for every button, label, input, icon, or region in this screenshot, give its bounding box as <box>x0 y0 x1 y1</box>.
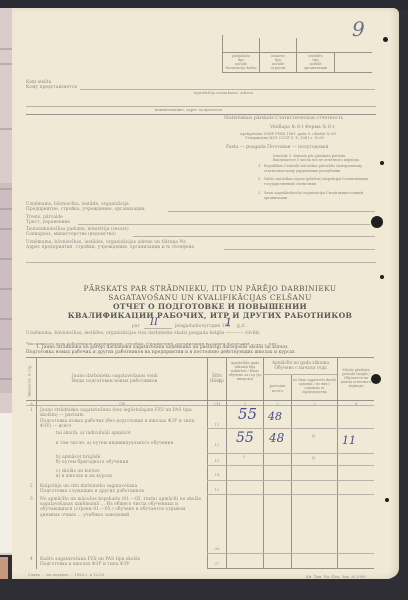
recipient-1: Republikas Centrālā statistikas pārvalde… <box>264 164 374 174</box>
row-1a-col4: 11 <box>342 434 356 447</box>
recipient-2: Valsts statistikas rajona (pilsētas) ins… <box>264 177 374 187</box>
row-1-num: 1 <box>30 408 33 413</box>
row-1a-col2: 48 <box>269 431 284 445</box>
stat-report-label: Statistiskais pārskats Статистическая от… <box>224 117 343 122</box>
recipient-1-num: 1. <box>258 164 261 169</box>
row-divider <box>207 494 374 495</box>
table-col-1-left <box>226 357 227 569</box>
row-divider <box>207 553 374 554</box>
recipient-line <box>80 89 375 90</box>
scanner-edge <box>0 557 8 579</box>
punch-hole-middle <box>371 216 383 228</box>
row-4-num: 4 <box>30 557 33 562</box>
row-divider <box>207 480 374 481</box>
index-4: 4 <box>338 401 374 406</box>
row-1-col1: 55 <box>238 405 257 423</box>
row-1c-code: 14 <box>208 472 226 477</box>
row-1-code: 11 <box>208 422 226 427</box>
row-3-code: 06 <box>208 546 226 551</box>
row-divider <box>207 465 374 466</box>
headcount-line-lv: Uzņēmuma, būvniecības, iestādes, organiz… <box>26 331 260 336</box>
row-divider <box>207 428 374 429</box>
approved-ru: Утверждена ЦСУ СССР 5. X. 1961 г. № 89 <box>245 136 324 141</box>
header-col1: Apmācībās gada sākumā bija nokārtoti / Б… <box>227 361 263 381</box>
recipient-3-num: 3. <box>258 191 261 196</box>
index-3: 3 <box>292 401 337 406</box>
row-1-col2: 48 <box>268 410 282 423</box>
org-field-3-ru: Совнархоз, министерство (ведомство) <box>26 232 116 237</box>
punch-hole-top <box>383 37 388 42</box>
row-1b-text-ru: б) путем бригадного обучения <box>56 460 128 465</box>
title-lv-line1: PĀRSKATS PAR STRĀDNIEKU, ITD UN PĀRĒJO D… <box>40 284 380 293</box>
org-field-4-ru: Адрес предприятия, стройки, учреждения, … <box>26 245 194 250</box>
row-1a-code: 12 <box>208 442 226 447</box>
org-field-1-line <box>168 211 375 212</box>
mail-schedule: Pasta — pusgada Почтовая — полугодовая <box>226 146 328 151</box>
header-col-group: Apmācīts no gada sākuma Обучено с начала… <box>264 361 337 371</box>
index-a: A <box>27 401 36 406</box>
header-code: Šifrs Шифр <box>208 374 226 384</box>
table-col-4-left <box>337 357 338 569</box>
code-box-2-label: nozares tips norāde отрасли <box>260 54 296 70</box>
row-2-num: 2 <box>30 484 33 489</box>
punch-hole-upper-mid <box>380 161 384 165</box>
title-ru-line2: КВАЛИФИКАЦИИ РАБОЧИХ, ИТР И ДРУГИХ РАБОТ… <box>40 311 380 320</box>
punch-hole-low <box>385 498 389 502</box>
header-col2: pavisam всего <box>264 384 291 393</box>
recipient-2-num: 2. <box>258 177 261 182</box>
row-4-code: 07 <box>208 561 226 566</box>
row-1a-text-ru: в том числе: а) путем индивидуального об… <box>56 441 173 446</box>
table-col-num-border <box>36 357 37 569</box>
recipient-3: Savai augstākstāvošai organizācijai Свое… <box>264 191 374 201</box>
period-half-line <box>144 328 172 329</box>
code-box-border <box>222 72 372 73</box>
form-number: Veidlapa № 6-t Форма № 6-т <box>270 126 335 131</box>
section1-title-ru: Подготовка новых рабочих и других работн… <box>26 350 295 355</box>
table-top-border <box>26 357 374 358</box>
period-year-handwritten: 1 <box>225 316 232 329</box>
row-divider <box>207 453 374 454</box>
recipient-caption-2: наименование, адрес получателя <box>155 108 222 113</box>
to-whom-label-ru: Кому представляется <box>26 85 77 90</box>
table-col-code-left <box>207 357 208 569</box>
header-type-ru: Виды подготовки новых работников <box>72 379 157 384</box>
row-4-text-ru: Подготовка в школах ФЗУ и типа ФЗУ <box>40 562 130 567</box>
footer-left: Сдано ... не позднее ... 1963 г. в 12.00 <box>28 573 104 578</box>
org-field-extra-line <box>26 262 376 263</box>
header-row-num: Rindas Nr. № стр. <box>28 364 33 396</box>
row-1b-col1-cross: × <box>242 454 245 459</box>
title-lv-line2: SAGATAVOŠANU UN KVALIFIKĀCIJAS CELŠANU <box>40 293 380 302</box>
row-1c-text-ru: в) в школах и на курсах <box>56 474 112 479</box>
period-prefix: par <box>132 324 140 329</box>
row-3-num: 3 <box>30 497 33 502</box>
handwritten-page-number: 9 <box>352 17 365 41</box>
row-1-text-lv: Jauno strādnieku sagatavošana (bez iegūs… <box>40 408 202 418</box>
index-2: 2 <box>264 401 291 406</box>
index-ch: CH <box>208 401 226 406</box>
org-field-1-ru: Предприятие, стройка, учреждение, органи… <box>26 207 145 212</box>
row-1b-code: 13 <box>208 458 226 463</box>
submit-ru: Высылается 5 числа после отчетного перио… <box>273 158 359 163</box>
recipient-line-2 <box>26 106 376 107</box>
row-2-code: 15 <box>208 487 226 492</box>
org-field-4-line <box>224 249 375 250</box>
org-field-2-ru: Трест, управление <box>26 220 70 225</box>
row-1-text-ru: Подготовка новых рабочих (без подготовки… <box>40 419 202 429</box>
code-box-1-label: pašgabalu tips norāde Numeracija kodov <box>223 54 259 70</box>
row-3-text: No apmācīto un mācošos kopskaita (01.—05… <box>40 497 202 518</box>
recipient-caption: iepriekšēja nosaukums, adrese <box>194 91 253 96</box>
period-suffix: g./г. <box>237 324 247 329</box>
code-box-border <box>222 52 372 53</box>
table-group-divider <box>263 374 337 375</box>
header-divider <box>26 114 376 115</box>
punch-hole-lower-mid <box>380 275 384 279</box>
org-field-3-line <box>133 236 375 237</box>
period-half-handwritten: II <box>150 317 158 328</box>
header-col4: Mācās pārskata perioda beigās / Обучаетс… <box>338 368 374 388</box>
org-field-2-line <box>78 224 370 225</box>
header-col3: no tiem sagatavoti darbā uzņemti / из ни… <box>292 378 337 394</box>
code-box-border <box>334 52 335 73</box>
row-1a-col1: 55 <box>236 430 254 446</box>
row-1a-col3-cross: × <box>311 433 316 440</box>
code-box-3-label: iestādes tips norāde организации <box>297 54 334 70</box>
footer-right: Кн. Тип. Уч.-Пол. Зак. № 2009 <box>306 575 366 580</box>
title-ru-line1: ОТЧЕТ О ПОДГОТОВКЕ И ПОВЫШЕНИИ <box>40 302 380 311</box>
table-bottom-border <box>207 568 374 569</box>
row-1a-text-lv: tai skaitā: a) individuāli apmācot <box>56 431 131 436</box>
row-1b-col3-cross: × <box>311 455 316 462</box>
row-2-text-ru: Подготовка служащих и других работников <box>40 489 144 494</box>
index-gb: GB <box>37 401 207 406</box>
period-middle: pusgadu/полугодие 196 <box>175 324 230 329</box>
